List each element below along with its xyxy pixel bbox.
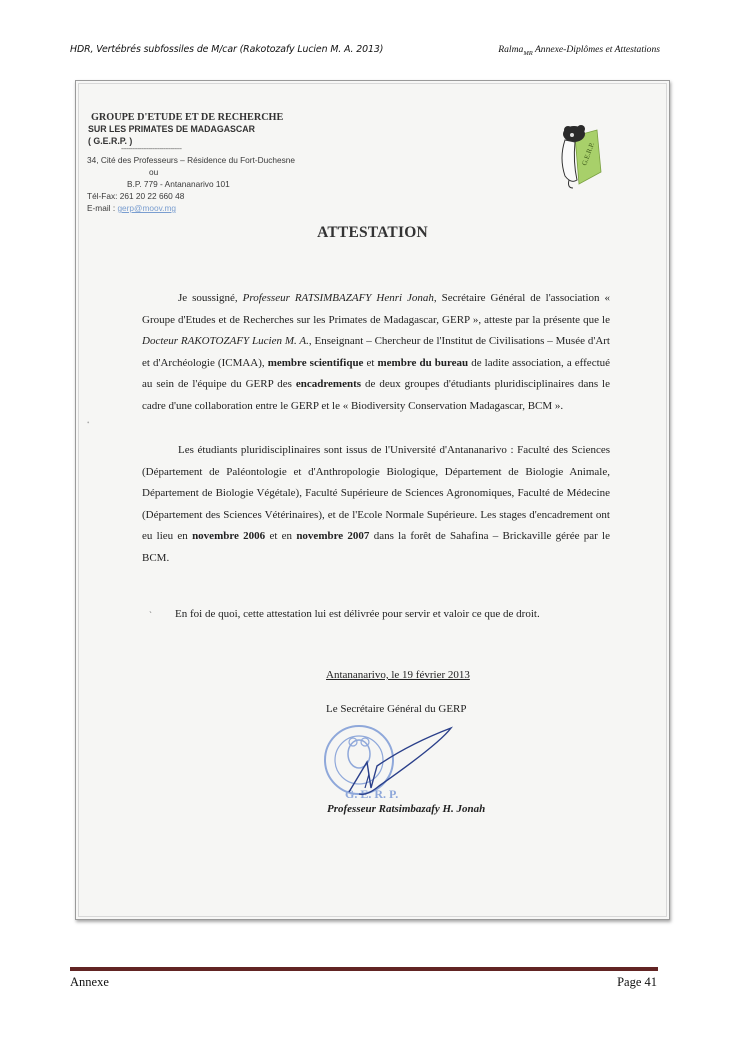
signatory-name: Professeur Ratsimbazafy H. Jonah xyxy=(327,803,485,815)
email-label: E-mail : xyxy=(87,203,117,213)
scanned-attestation-image: GROUPE D'ETUDE ET DE RECHERCHE SUR LES P… xyxy=(75,80,670,920)
role-board-member: membre du bureau xyxy=(378,357,469,369)
page-number: Page 41 xyxy=(617,975,657,990)
letterhead-divider: --------------------------------- xyxy=(121,146,295,153)
org-address-or: ou xyxy=(149,167,295,177)
paragraph-closing: En foi de quoi, cette attestation lui es… xyxy=(142,604,610,626)
running-header-suffix: Annexe-Diplômes et Attestations xyxy=(533,44,660,55)
p1-text-1: Je soussigné, xyxy=(178,292,243,304)
org-po-box: B.P. 779 - Antananarivo 101 xyxy=(127,179,295,189)
footer-section: Annexe xyxy=(70,975,109,990)
scan-paper: GROUPE D'ETUDE ET DE RECHERCHE SUR LES P… xyxy=(78,83,667,917)
official-seal-and-signature-icon: G. E. R. P. xyxy=(319,714,469,804)
date-place-line: Antananarivo, le 19 février 2013 xyxy=(326,669,470,681)
p2-text-2: et en xyxy=(265,530,296,542)
date-november-2006: novembre 2006 xyxy=(192,530,265,542)
running-header: HDR, Vertébrés subfossiles de M/car (Rak… xyxy=(70,44,660,60)
org-address: 34, Cité des Professeurs – Résidence du … xyxy=(87,155,295,165)
seal-text: G. E. R. P. xyxy=(345,787,398,801)
closing-text: En foi de quoi, cette attestation lui es… xyxy=(142,604,610,626)
org-acronym: ( G.E.R.P. ) xyxy=(88,136,295,146)
scan-artifact: • xyxy=(87,419,89,427)
paragraph-students: Les étudiants pluridisciplinaires sont i… xyxy=(142,440,610,569)
gerp-lemur-logo-icon: G.E.R.P. xyxy=(557,122,603,190)
recipient-name-inline: Docteur RAKOTOZAFY Lucien M. A. xyxy=(142,335,309,347)
footer-divider xyxy=(70,967,658,971)
running-header-title: HDR, Vertébrés subfossiles de M/car (Rak… xyxy=(70,44,383,55)
running-header-section: RalmaMR Annexe-Diplômes et Attestations xyxy=(498,44,660,57)
org-name-line1: GROUPE D'ETUDE ET DE RECHERCHE xyxy=(91,112,295,123)
document-title: ATTESTATION xyxy=(79,224,666,242)
signatory-name-inline: Professeur RATSIMBAZAFY Henri Jonah xyxy=(243,292,434,304)
org-email: E-mail : gerp@moov.mg xyxy=(87,203,295,213)
org-telfax: Tél-Fax: 261 20 22 660 48 xyxy=(87,191,295,201)
date-november-2007: novembre 2007 xyxy=(296,530,369,542)
email-link[interactable]: gerp@moov.mg xyxy=(117,203,176,213)
p1-text-4: et xyxy=(363,357,377,369)
org-name-line2: SUR LES PRIMATES DE MADAGASCAR xyxy=(88,124,295,134)
role-scientific-member: membre scientifique xyxy=(268,357,364,369)
letterhead: GROUPE D'ETUDE ET DE RECHERCHE SUR LES P… xyxy=(87,112,295,213)
p2-text-1: Les étudiants pluridisciplinaires sont i… xyxy=(142,444,610,542)
running-header-sub: MR xyxy=(523,50,532,57)
paragraph-attestation: Je soussigné, Professeur RATSIMBAZAFY He… xyxy=(142,288,610,417)
role-supervision: encadrements xyxy=(296,378,361,390)
running-header-prefix: Ralma xyxy=(498,44,523,55)
